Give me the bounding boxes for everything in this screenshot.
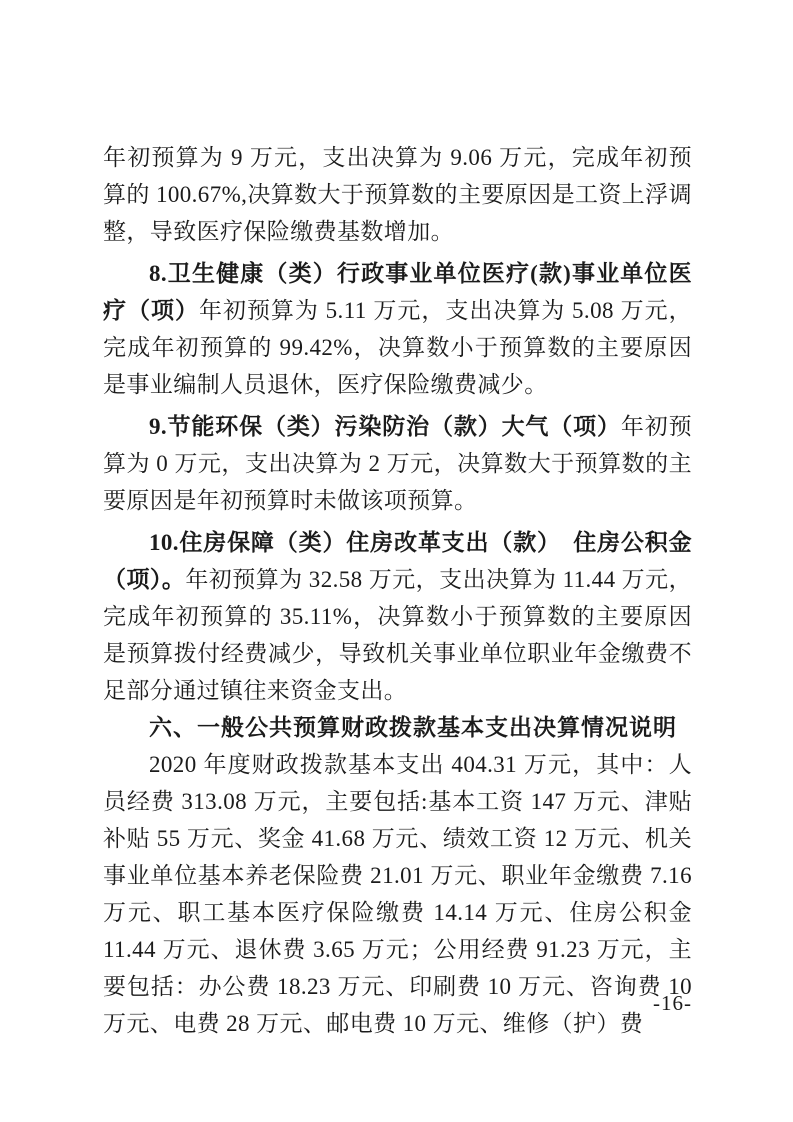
- paragraph-section-8-health: 8.卫生健康（类）行政事业单位医疗(款)事业单位医疗（项）年初预算为 5.11 …: [103, 255, 692, 403]
- section-6-heading: 六、一般公共预算财政拨款基本支出决算情况说明: [149, 714, 677, 740]
- document-body: 年初预算为 9 万元，支出决算为 9.06 万元，完成年初预算的 100.67%…: [103, 139, 692, 1042]
- section-10-text: 年初预算为 32.58 万元，支出决算为 11.44 万元，完成年初预算的 35…: [103, 567, 692, 703]
- paragraph-medical-insurance-continued: 年初预算为 9 万元，支出决算为 9.06 万元，完成年初预算的 100.67%…: [103, 139, 692, 250]
- section-9-heading: 9.节能环保（类）污染防治（款）大气（项）: [149, 414, 621, 439]
- page-number: -16-: [653, 991, 692, 1015]
- paragraph-section-9-environment: 9.节能环保（类）污染防治（款）大气（项）年初预算为 0 万元，支出决算为 2 …: [103, 408, 692, 519]
- paragraph-section-6-heading: 六、一般公共预算财政拨款基本支出决算情况说明: [103, 709, 692, 746]
- paragraph-section-10-housing: 10.住房保障（类）住房改革支出（款） 住房公积金（项）。年初预算为 32.58…: [103, 524, 692, 709]
- paragraph-basic-expense-detail: 2020 年度财政拨款基本支出 404.31 万元，其中：人员经费 313.08…: [103, 746, 692, 1042]
- document-page: 年初预算为 9 万元，支出决算为 9.06 万元，完成年初预算的 100.67%…: [0, 0, 793, 1122]
